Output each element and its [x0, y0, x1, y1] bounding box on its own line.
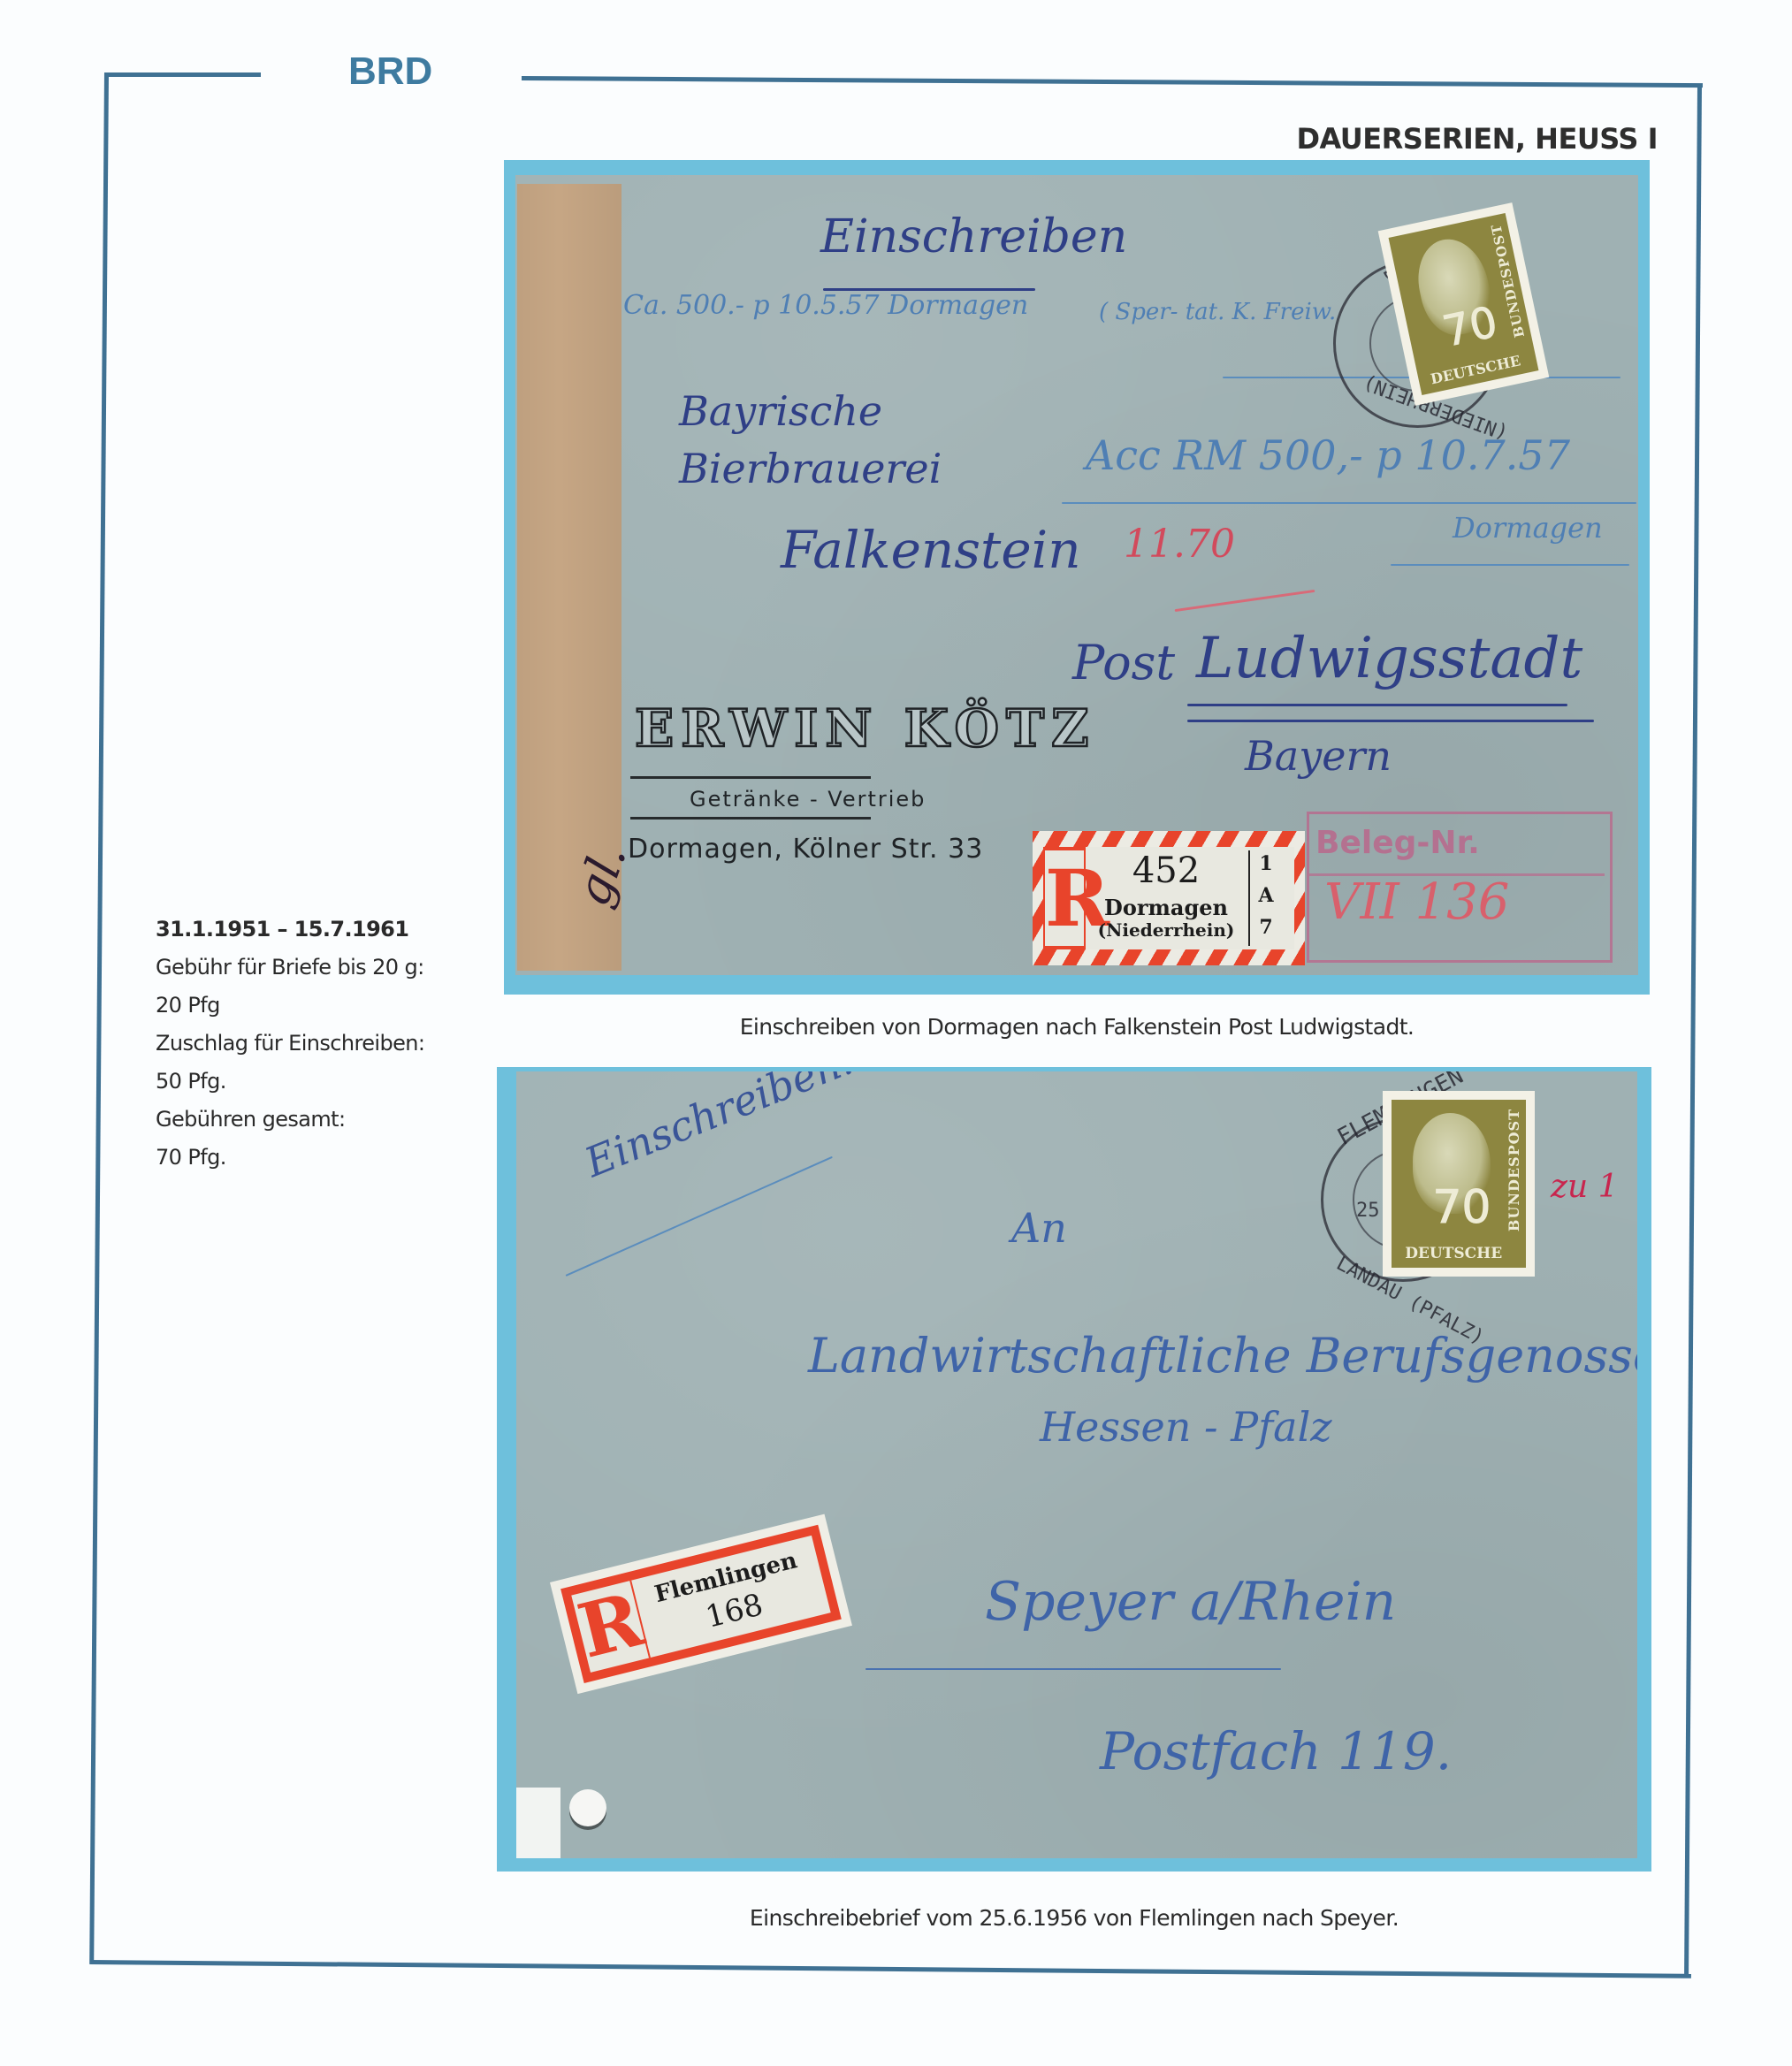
cover-1-city: Ludwigsstadt [1196, 626, 1582, 691]
cover-2-envelope: Einschreiben! An Landwirtschaftliche Ber… [516, 1071, 1637, 1858]
cover-1-red-stroke [1175, 590, 1315, 612]
cover-1-receipt-underline2 [1391, 564, 1629, 566]
cover-1-region: Bayern [1245, 732, 1392, 780]
registration-office: Dormagen [1086, 895, 1247, 920]
cover-1-registration-label: R 452 Dormagen (Niederrhein) 1 A 7 [1033, 831, 1305, 965]
cover-1-receipt-note2: Dormagen [1453, 511, 1603, 545]
registration-code: 7 [1254, 916, 1278, 939]
cover-1-note-line1: Ca. 500.- p 10.5.57 Dormagen [623, 290, 1028, 321]
cover-1-receipt-label: Beleg-Nr. [1315, 825, 1480, 861]
cover-2-addressee-line: Landwirtschaftliche Berufsgenossenschaft [808, 1328, 1637, 1384]
stamp-value: 70 [1432, 1181, 1491, 1234]
sender-address: Dormagen, Kölner Str. 33 [628, 834, 983, 865]
rate-note-line: 70 Pfg. [156, 1139, 424, 1177]
cover-2-city-underline [865, 1668, 1281, 1670]
frame-top-left-segment [106, 72, 261, 77]
cover-2-paper-hole [569, 1789, 606, 1826]
rate-notes: 31.1.1951 – 15.7.1961 Gebühr für Briefe … [156, 911, 424, 1177]
registration-number: 452 [1086, 850, 1247, 891]
frame-top-right-segment [522, 76, 1703, 88]
rate-note-line: 50 Pfg. [156, 1063, 424, 1101]
cover-2-caption: Einschreibebrief vom 25.6.1956 von Fleml… [497, 1905, 1651, 1931]
sender-name: ERWIN KÖTZ [635, 698, 1096, 759]
cover-2-stamp: BUNDESPOST 70 DEUTSCHE [1383, 1091, 1535, 1277]
registration-office-region: (Niederrhein) [1086, 919, 1247, 941]
stamp-country: BUNDESPOST [1506, 1109, 1522, 1231]
cover-2-paper-tear [516, 1788, 560, 1858]
cover-1-addressee-line: Falkenstein [781, 520, 1081, 580]
registration-r-letter: R [1045, 850, 1084, 946]
rate-note-line: Gebühren gesamt: [156, 1101, 424, 1139]
cover-1-post: Post [1072, 635, 1175, 690]
cover-2-city: Speyer a/Rhein [985, 1571, 1396, 1633]
rate-note-line: Zuschlag für Einschreiben: [156, 1025, 424, 1063]
cover-1-city-underline2 [1187, 720, 1594, 722]
cover-1-addressee-line: Bayrische [679, 387, 882, 435]
period-dates: 31.1.1951 – 15.7.1961 [156, 911, 424, 949]
cover-1-caption: Einschreiben von Dormagen nach Falkenste… [504, 1014, 1650, 1040]
stamp-label: DEUTSCHE [1405, 1245, 1502, 1262]
sender-rule-top [630, 776, 871, 779]
cover-1-note-line2: ( Sper- tat. K. Freiw. [1099, 299, 1336, 325]
stamp-label: DEUTSCHE [1429, 352, 1521, 387]
cover-1-red-note: 11.70 [1124, 522, 1235, 567]
cover-1-envelope: Einschreiben Ca. 500.- p 10.5.57 Dormage… [515, 175, 1638, 975]
rate-note-line: Gebühr für Briefe bis 20 g: [156, 949, 424, 987]
cover-1-receipt-handwritten: VII 136 [1324, 873, 1509, 931]
rate-note-line: 20 Pfg [156, 987, 424, 1025]
registration-divider [1248, 850, 1250, 946]
cover-2-red-note: zu 1 [1551, 1169, 1619, 1205]
registration-code: 1 [1254, 852, 1278, 875]
cover-2-po-box: Postfach 119. [1100, 1721, 1452, 1781]
frame-left-edge [89, 72, 109, 1964]
frame-bottom-edge [90, 1960, 1691, 1978]
cover-1-addressee-line: Bierbrauerei [679, 445, 942, 492]
cover-2-service-endorsement: Einschreiben! [578, 1071, 863, 1186]
section-title: DAUERSERIEN, HEUSS I [1296, 122, 1658, 156]
country-heading: BRD [348, 50, 432, 94]
cover-2-addressee-line: Hessen - Pfalz [1040, 1403, 1332, 1451]
frame-right-edge [1684, 85, 1702, 1975]
sender-business: Getränke - Vertrieb [690, 787, 926, 812]
stamp-value: 70 [1438, 297, 1501, 356]
cover-1-city-underline [1187, 704, 1567, 706]
cover-2-registration-label: R Flemlingen 168 [550, 1514, 852, 1695]
registration-code: A [1254, 884, 1278, 907]
cover-1-receipt-underline [1062, 502, 1636, 504]
sender-rule-bottom [630, 817, 871, 820]
cover-2-salutation: An [1011, 1204, 1067, 1252]
cover-1-service-endorsement: Einschreiben [820, 210, 1127, 263]
